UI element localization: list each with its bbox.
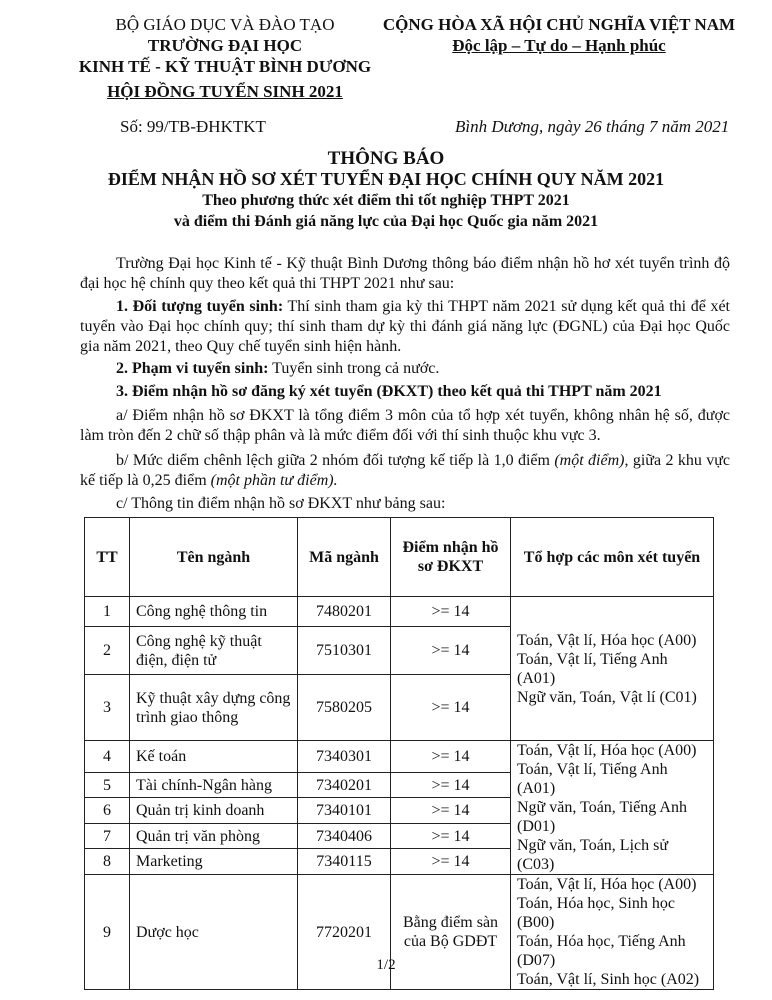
row-min-score: >= 14 bbox=[391, 675, 511, 741]
row-major-name: Marketing bbox=[130, 849, 298, 875]
row-major-name: Quản trị văn phòng bbox=[130, 823, 298, 849]
combo-item: Toán, Vật lí, Tiếng Anh (A01) bbox=[517, 650, 707, 688]
row-tt: 8 bbox=[85, 849, 130, 875]
header-tt: TT bbox=[85, 518, 130, 597]
section-3c-text: c/ Thông tin điểm nhận hồ sơ ĐKXT như bả… bbox=[80, 494, 730, 514]
council-name: HỘI ĐỒNG TUYỂN SINH 2021 bbox=[107, 82, 343, 101]
row-major-code: 7580205 bbox=[298, 675, 391, 741]
ministry-name: BỘ GIÁO DỤC VÀ ĐÀO TẠO bbox=[60, 14, 390, 35]
combo-group-1: Toán, Vật lí, Hóa học (A00) Toán, Vật lí… bbox=[511, 597, 714, 741]
row-tt: 1 bbox=[85, 597, 130, 627]
combo-item: Toán, Vật lí, Tiếng Anh (A01) bbox=[517, 760, 707, 798]
row-tt: 5 bbox=[85, 772, 130, 798]
row-tt: 7 bbox=[85, 823, 130, 849]
section-3a: a/ Điểm nhận hồ sơ ĐKXT là tổng điểm 3 m… bbox=[80, 406, 730, 446]
section-3c: c/ Thông tin điểm nhận hồ sơ ĐKXT như bả… bbox=[80, 494, 730, 514]
section-3-heading-text: 3. Điểm nhận hồ sơ đăng ký xét tuyển (ĐK… bbox=[80, 382, 730, 402]
row-min-score: >= 14 bbox=[391, 823, 511, 849]
row-major-code: 7340301 bbox=[298, 741, 391, 773]
notice-title: THÔNG BÁO ĐIỂM NHẬN HỒ SƠ XÉT TUYỂN ĐẠI … bbox=[40, 148, 732, 232]
row-tt: 4 bbox=[85, 741, 130, 773]
combo-group-2: Toán, Vật lí, Hóa học (A00) Toán, Vật lí… bbox=[511, 741, 714, 875]
section-2-text: Tuyển sinh trong cả nước. bbox=[268, 360, 439, 377]
header-subject-combos: Tổ hợp các môn xét tuyển bbox=[511, 518, 714, 597]
row-major-code: 7340115 bbox=[298, 849, 391, 875]
section-3-heading: 3. Điểm nhận hồ sơ đăng ký xét tuyển (ĐK… bbox=[80, 382, 730, 402]
table-row: 4 Kế toán 7340301 >= 14 Toán, Vật lí, Hó… bbox=[85, 741, 714, 773]
row-major-code: 7340406 bbox=[298, 823, 391, 849]
document-date: Bình Dương, ngày 26 tháng 7 năm 2021 bbox=[455, 117, 729, 137]
section-3b: b/ Mức diểm chênh lệch giữa 2 nhóm đối t… bbox=[80, 451, 730, 491]
header-min-score: Điểm nhận hồ sơ ĐKXT bbox=[391, 518, 511, 597]
row-tt: 6 bbox=[85, 798, 130, 824]
section-1: 1. Đối tượng tuyển sinh: Thí sinh tham g… bbox=[80, 297, 730, 357]
row-major-code: 7340101 bbox=[298, 798, 391, 824]
title-line-2: ĐIỂM NHẬN HỒ SƠ XÉT TUYỂN ĐẠI HỌC CHÍNH … bbox=[40, 169, 732, 190]
combo-item: Toán, Vật lí, Hóa học (A00) bbox=[517, 631, 707, 650]
row-major-code: 7340201 bbox=[298, 772, 391, 798]
row-major-name: Công nghệ kỹ thuật điện, điện tử bbox=[130, 627, 298, 675]
combo-item: Toán, Vật lí, Hóa học (A00) bbox=[517, 741, 707, 760]
section-1-label: 1. Đối tượng tuyển sinh: bbox=[116, 298, 283, 315]
issuer-block: BỘ GIÁO DỤC VÀ ĐÀO TẠO TRƯỜNG ĐẠI HỌC KI… bbox=[60, 14, 390, 102]
admission-score-table: TT Tên ngành Mã ngành Điểm nhận hồ sơ ĐK… bbox=[84, 517, 714, 990]
table-row: 1 Công nghệ thông tin 7480201 >= 14 Toán… bbox=[85, 597, 714, 627]
combo-item: Ngữ văn, Toán, Lịch sử (C03) bbox=[517, 836, 707, 874]
header-major-code: Mã ngành bbox=[298, 518, 391, 597]
school-name-line1: TRƯỜNG ĐẠI HỌC bbox=[60, 35, 390, 56]
section-3b-text-1: b/ Mức diểm chênh lệch giữa 2 nhóm đối t… bbox=[116, 452, 554, 469]
page-number: 1/2 bbox=[0, 957, 772, 974]
combo-item: Ngữ văn, Toán, Tiếng Anh (D01) bbox=[517, 798, 707, 836]
combo-item: Toán, Vật lí, Hóa học (A00) bbox=[517, 875, 707, 894]
row-tt: 3 bbox=[85, 675, 130, 741]
title-line-4: và điểm thi Đánh giá năng lực của Đại họ… bbox=[40, 211, 732, 232]
combo-item: Toán, Hóa học, Sinh học (B00) bbox=[517, 894, 707, 932]
section-2: 2. Phạm vi tuyển sinh: Tuyển sinh trong … bbox=[80, 359, 730, 379]
row-min-score: >= 14 bbox=[391, 772, 511, 798]
row-min-score: >= 14 bbox=[391, 627, 511, 675]
national-motto: Độc lập – Tự do – Hạnh phúc bbox=[452, 36, 665, 55]
row-major-code: 7510301 bbox=[298, 627, 391, 675]
title-line-1: THÔNG BÁO bbox=[40, 148, 732, 169]
row-major-name: Công nghệ thông tin bbox=[130, 597, 298, 627]
section-2-label: 2. Phạm vi tuyển sinh: bbox=[116, 360, 268, 377]
row-major-name: Quản trị kinh doanh bbox=[130, 798, 298, 824]
row-major-name: Kế toán bbox=[130, 741, 298, 773]
section-3a-text: a/ Điểm nhận hồ sơ ĐKXT là tổng điểm 3 m… bbox=[80, 406, 730, 446]
row-min-score: >= 14 bbox=[391, 597, 511, 627]
document-number: Số: 99/TB-ĐHKTKT bbox=[120, 117, 266, 137]
national-header: CỘNG HÒA XÃ HỘI CHỦ NGHĨA VIỆT NAM Độc l… bbox=[378, 14, 740, 56]
school-name-line2: KINH TẾ - KỸ THUẬT BÌNH DƯƠNG bbox=[60, 56, 390, 77]
title-line-3: Theo phương thức xét điểm thi tốt nghiệp… bbox=[40, 190, 732, 211]
row-tt: 2 bbox=[85, 627, 130, 675]
section-3b-italic-2: (một phần tư điểm). bbox=[211, 472, 338, 489]
section-3b-italic-1: (một điểm) bbox=[554, 452, 624, 469]
row-major-name: Tài chính-Ngân hàng bbox=[130, 772, 298, 798]
row-min-score: >= 14 bbox=[391, 849, 511, 875]
table-header-row: TT Tên ngành Mã ngành Điểm nhận hồ sơ ĐK… bbox=[85, 518, 714, 597]
intro-paragraph: Trường Đại học Kinh tế - Kỹ thuật Bình D… bbox=[80, 254, 730, 294]
intro-text: Trường Đại học Kinh tế - Kỹ thuật Bình D… bbox=[80, 254, 730, 294]
row-min-score: >= 14 bbox=[391, 741, 511, 773]
combo-item: Ngữ văn, Toán, Vật lí (C01) bbox=[517, 688, 707, 707]
row-major-code: 7480201 bbox=[298, 597, 391, 627]
row-major-name: Kỹ thuật xây dựng công trình giao thông bbox=[130, 675, 298, 741]
row-min-score: >= 14 bbox=[391, 798, 511, 824]
header-major-name: Tên ngành bbox=[130, 518, 298, 597]
country-name: CỘNG HÒA XÃ HỘI CHỦ NGHĨA VIỆT NAM bbox=[378, 14, 740, 35]
